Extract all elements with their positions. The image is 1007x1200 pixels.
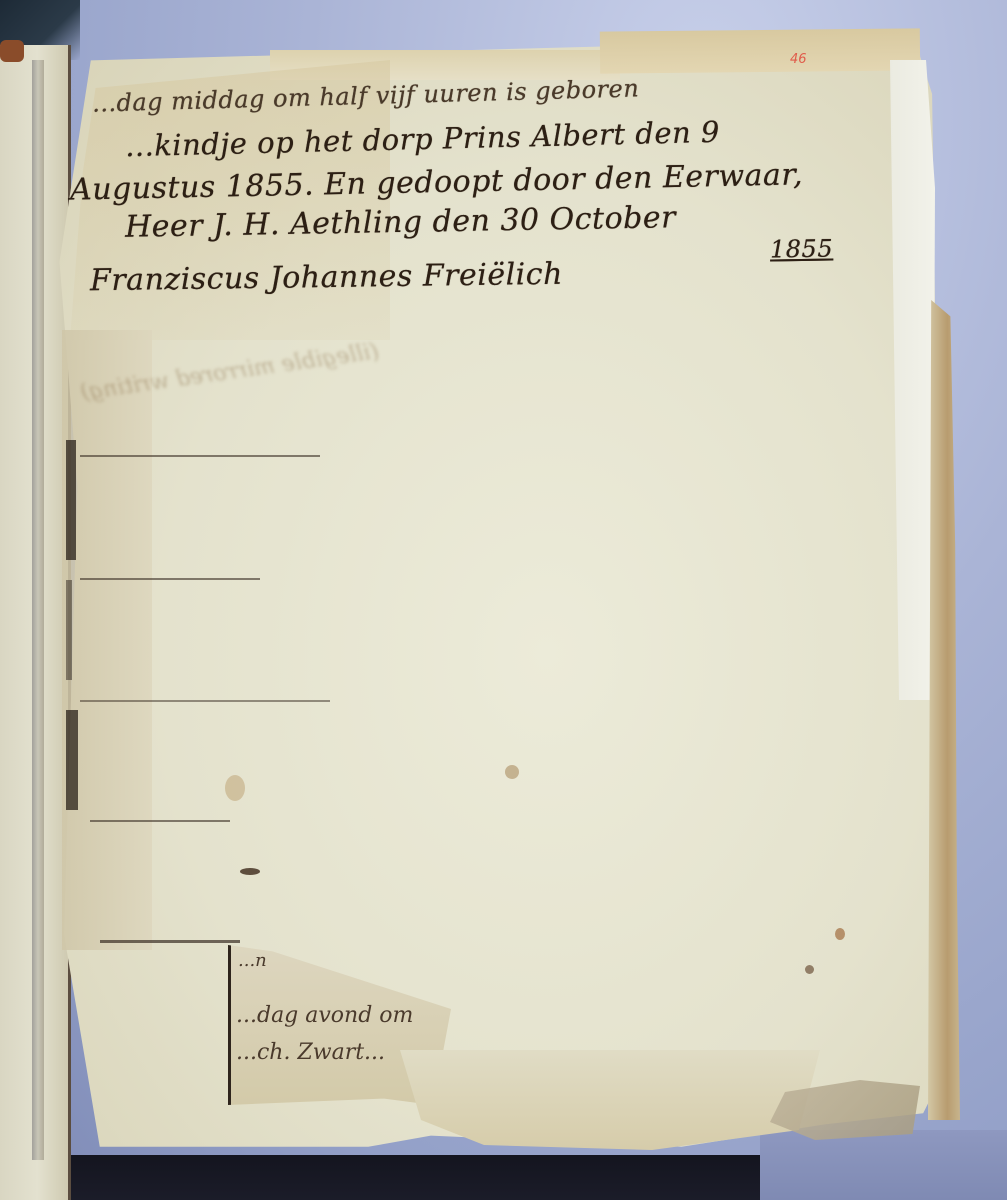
fragment-line-1: ...n bbox=[238, 950, 267, 971]
page-bottom-torn-edge bbox=[400, 1050, 820, 1150]
page-top-flap bbox=[600, 28, 920, 73]
book-bottom-shadow bbox=[40, 1155, 800, 1200]
tear-line bbox=[100, 940, 240, 943]
tear-line bbox=[90, 820, 230, 822]
fragment-line-2: ...dag avond om bbox=[236, 1003, 413, 1028]
red-corner-annotation: 46 bbox=[790, 52, 807, 67]
foxing-stain bbox=[505, 765, 519, 779]
tear-line bbox=[80, 700, 330, 702]
torn-edge-shadow bbox=[66, 440, 76, 560]
tear-line bbox=[80, 455, 320, 457]
background-surface-lower bbox=[760, 1130, 1007, 1200]
record-year: 1855 bbox=[770, 234, 834, 263]
child-name: Franziscus Johannes Freiëlich bbox=[90, 257, 563, 299]
ink-blot bbox=[240, 868, 260, 875]
foxing-stain bbox=[225, 775, 245, 801]
page-left-margin-repair bbox=[62, 330, 152, 950]
torn-edge-shadow bbox=[66, 580, 72, 680]
fragment-line-3: ...ch. Zwart... bbox=[236, 1040, 385, 1065]
book-spine-gutter bbox=[32, 60, 44, 1160]
foxing-stain bbox=[805, 965, 814, 974]
foxing-stain bbox=[835, 928, 845, 940]
binding-thread bbox=[0, 40, 24, 62]
tear-line bbox=[80, 578, 260, 580]
torn-edge-shadow bbox=[66, 710, 78, 810]
